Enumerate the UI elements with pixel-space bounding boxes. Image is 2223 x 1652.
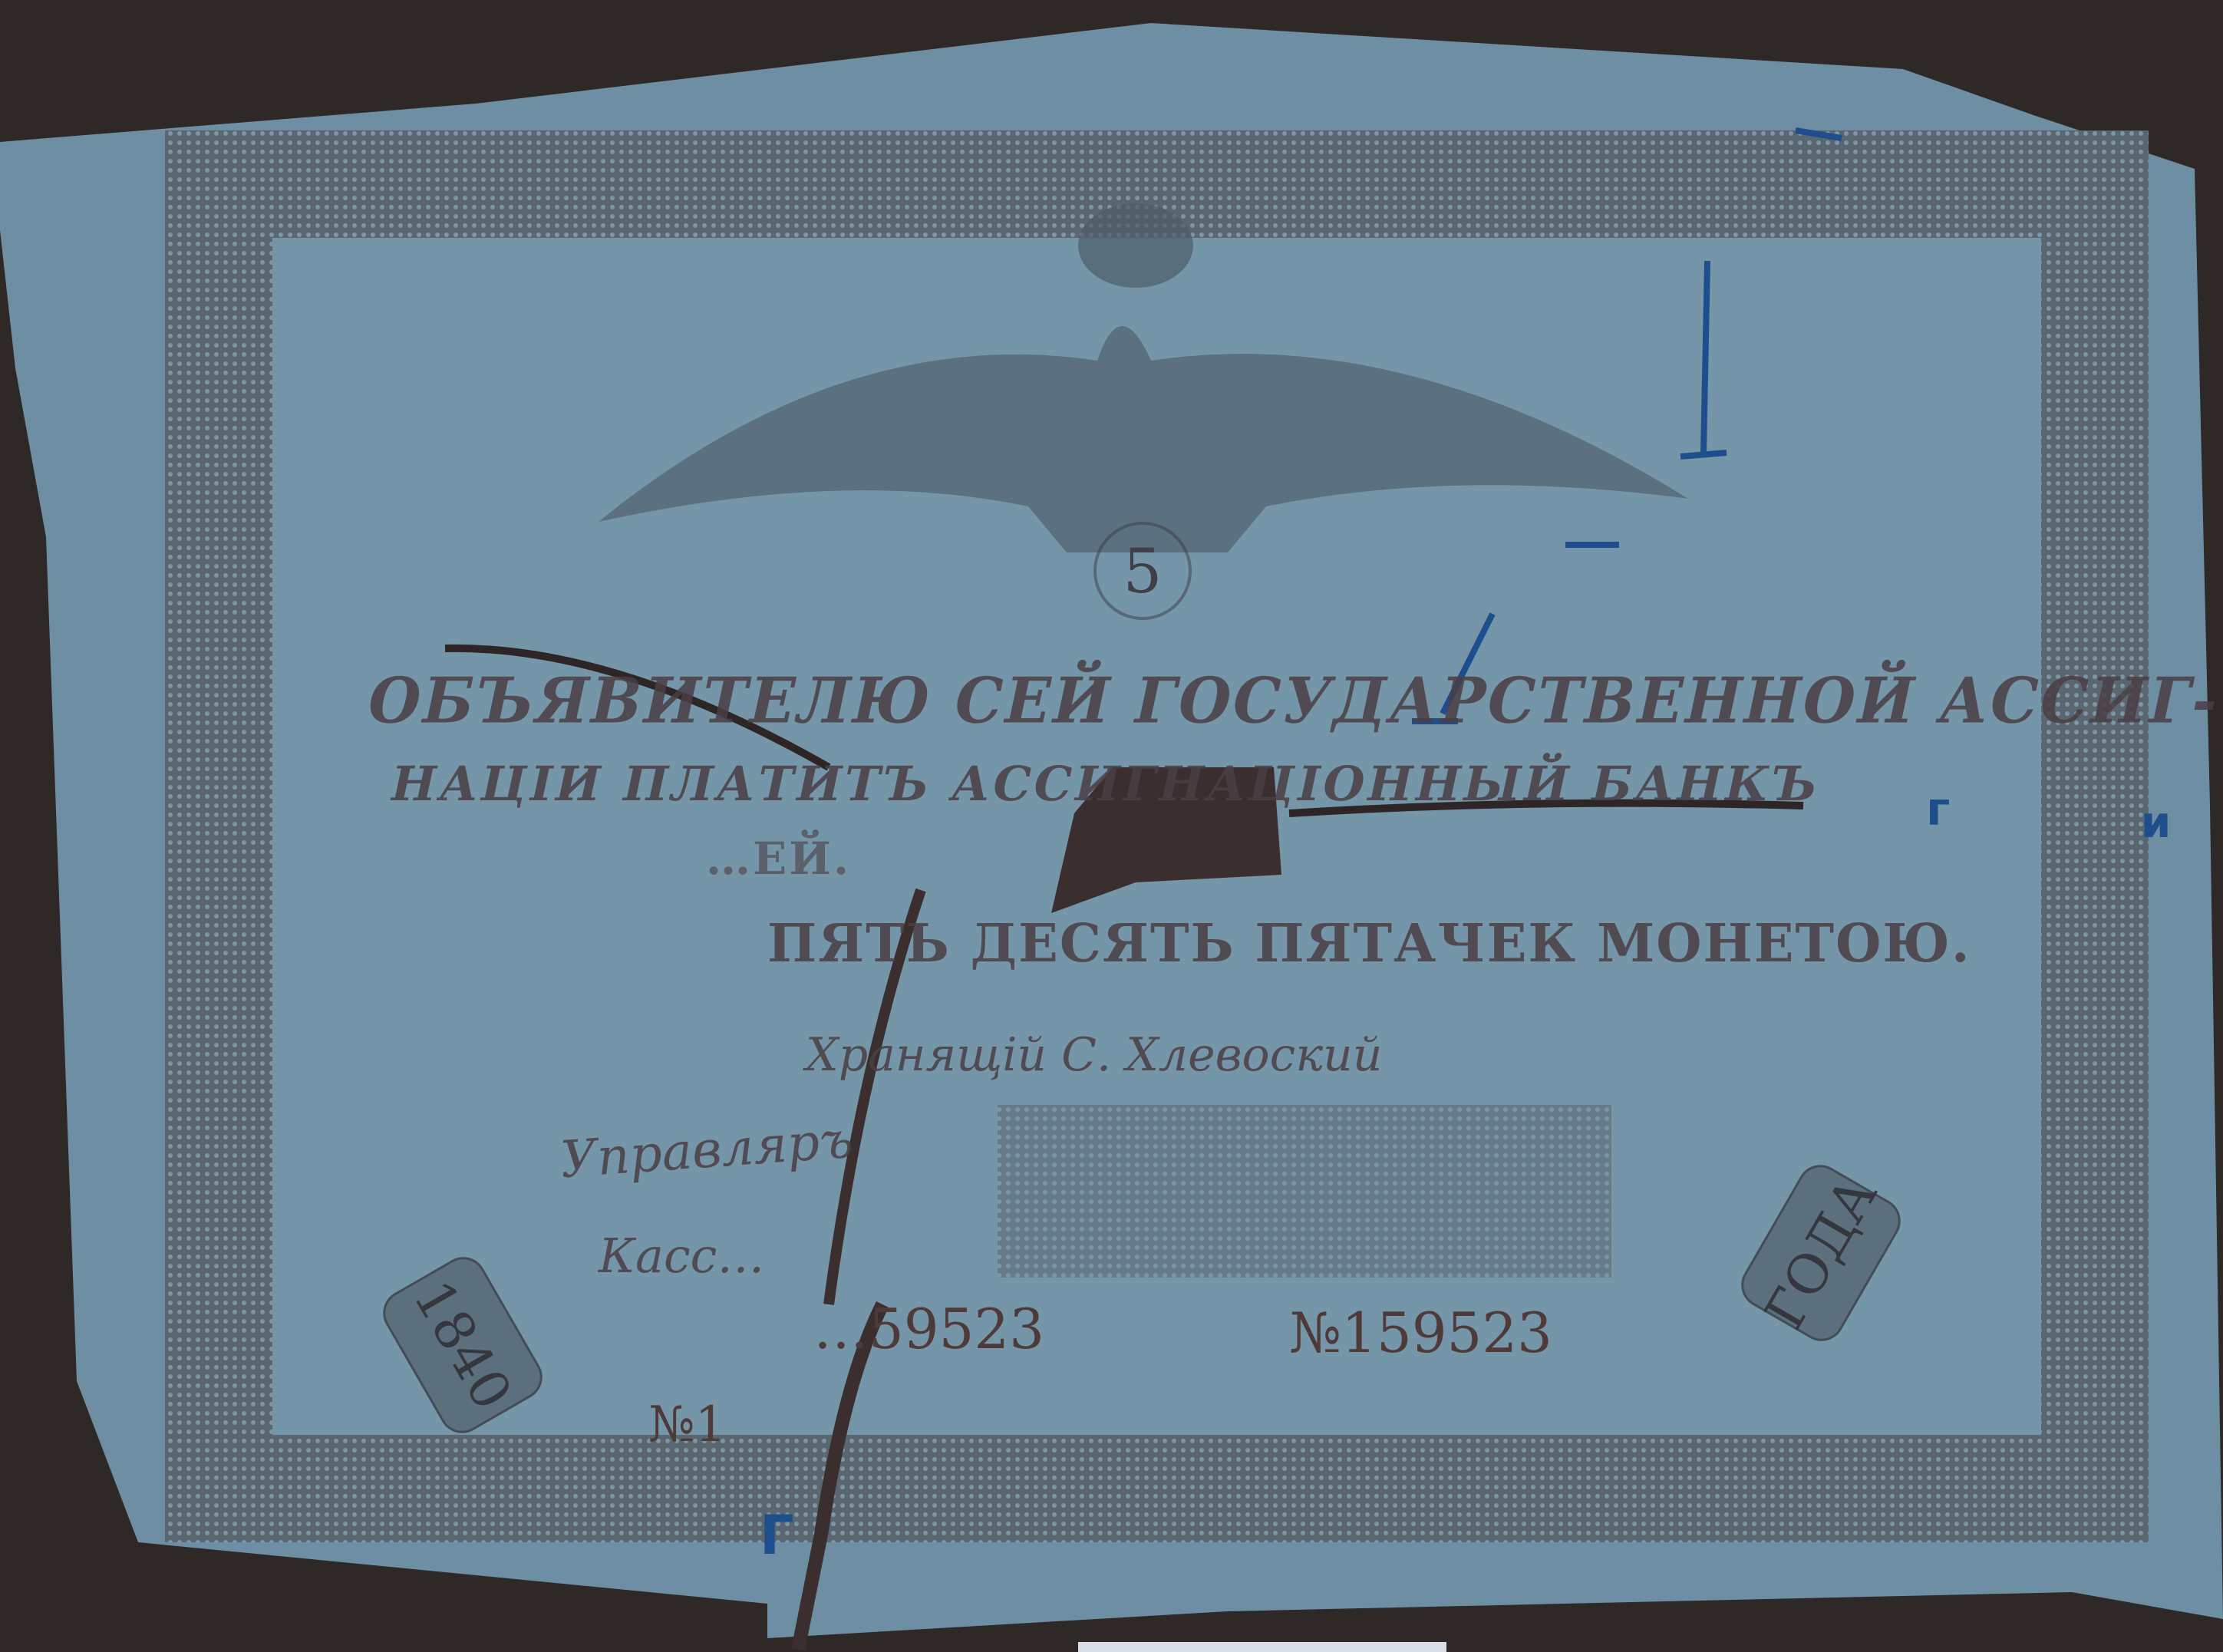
repair-mark-3: Г — [760, 1504, 794, 1567]
scan-label-strip — [1078, 1642, 1446, 1652]
cashier-signature-line: Хранящій С. Хлевоский — [806, 1028, 1382, 1082]
banknote-text-line-1: ОБЪЯВИТЕЛЮ СЕЙ ГОСУДАРСТВЕННОЙ АССИГ- — [361, 664, 2223, 738]
repair-mark-2: и — [2141, 798, 2171, 848]
crown-emblem — [1078, 203, 1193, 288]
banknote-text-line-4: ПЯТЬ ДЕСЯТЬ ПЯТАЧЕК МОНЕТОЮ. — [767, 913, 1971, 974]
paper-sheet — [0, 0, 2223, 1652]
banknote-scan: 5 ОБЪЯВИТЕЛЮ СЕЙ ГОСУДАРСТВЕННОЙ АССИГ- … — [0, 0, 2223, 1652]
repair-mark-1: г — [1926, 783, 1950, 836]
cashier-label: Касс… — [599, 1228, 764, 1284]
serial-number-right: №159523 — [1289, 1301, 1552, 1365]
serial-number-left: …59523 — [813, 1297, 1044, 1361]
banknote-text-line-3: …ЕЙ. — [706, 833, 851, 885]
denomination-numeral: 5 — [1093, 522, 1192, 620]
banknote-text-line-2: НАЦІИ ПЛАТИТЪ АССИГНАЦІОННЫЙ БАНКЪ — [385, 756, 1826, 812]
serial-number-small: №1 — [648, 1396, 726, 1453]
